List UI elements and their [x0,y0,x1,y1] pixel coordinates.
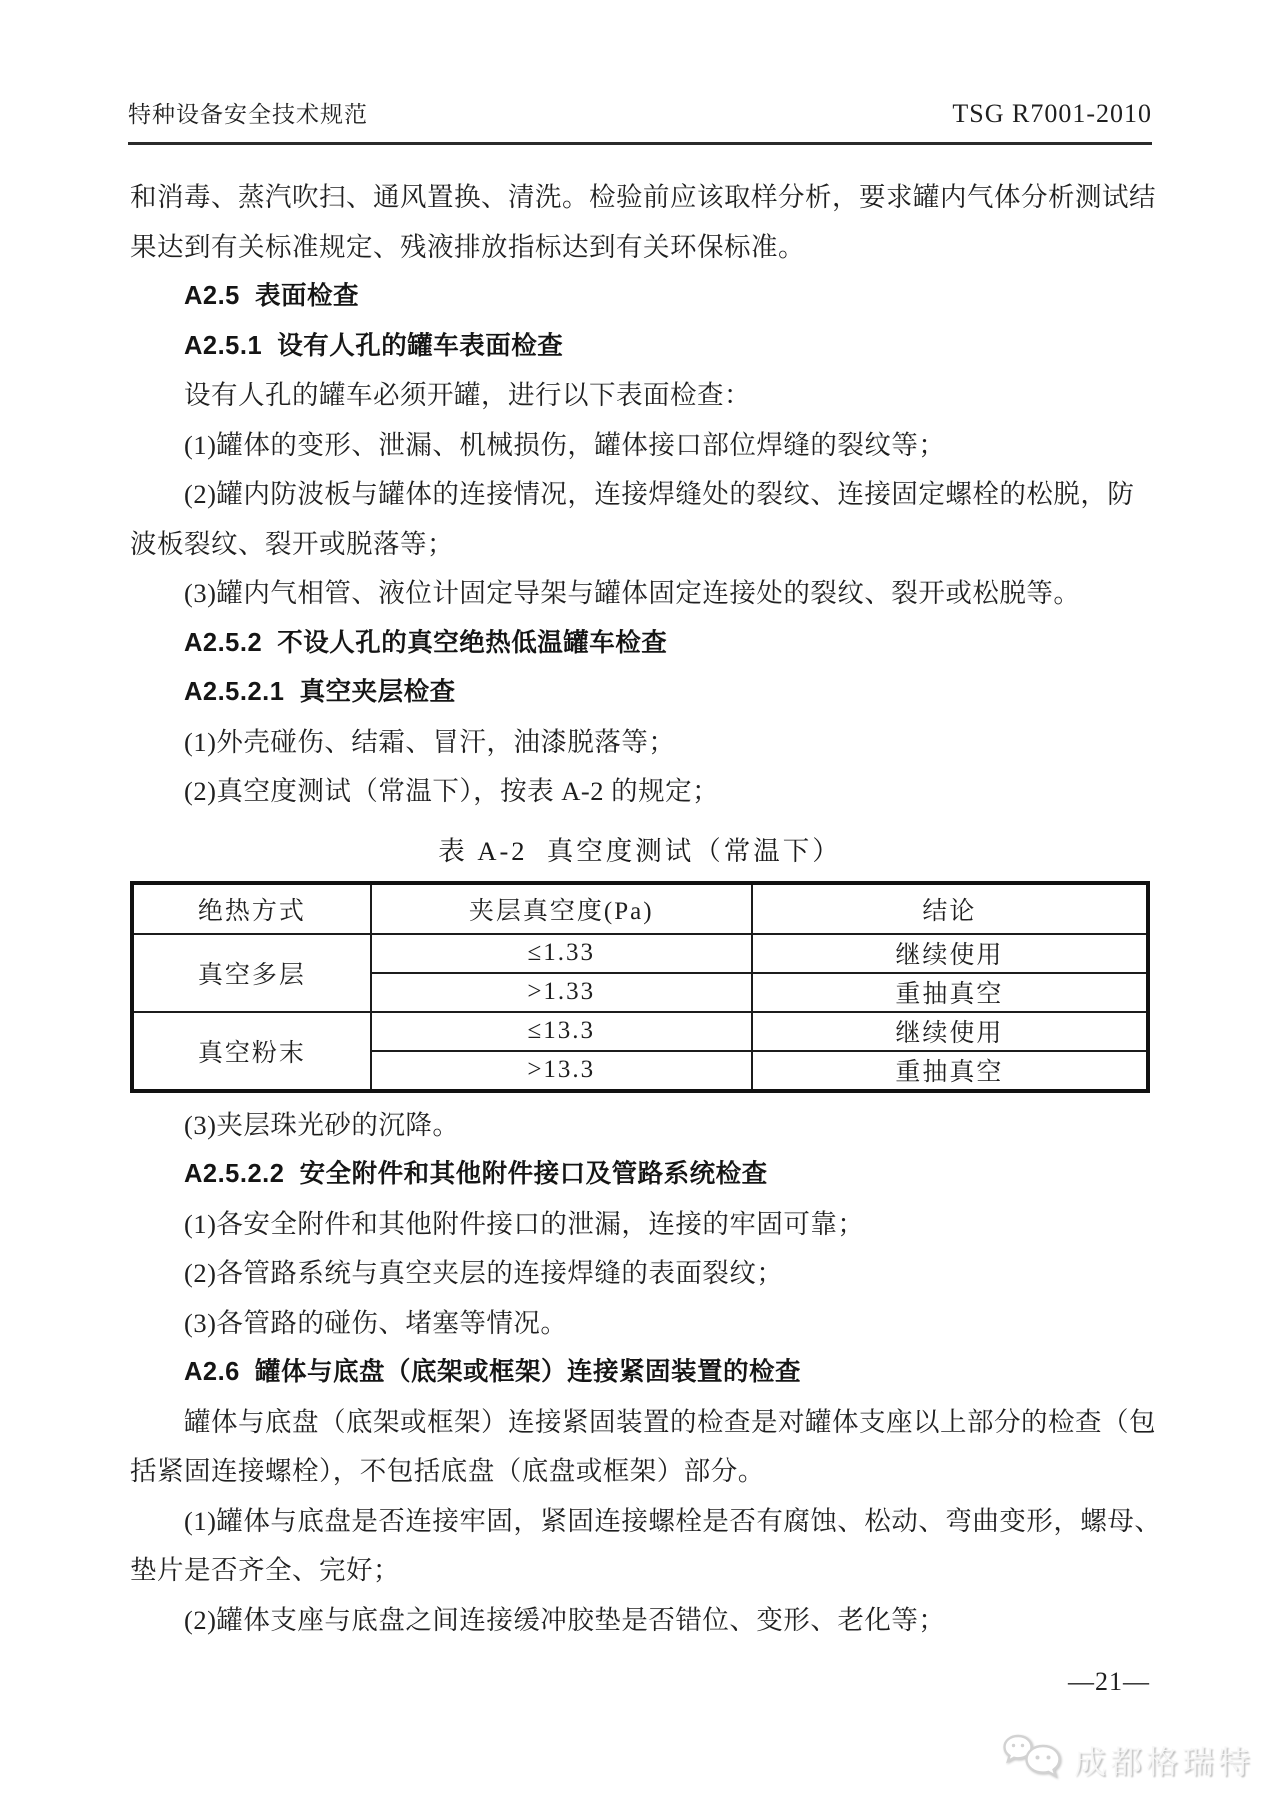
table-a2: 绝热方式 夹层真空度(Pa) 结论 真空多层 ≤1.33 继续使用 >1.33 … [130,881,1150,1093]
document-code: TSG R7001-2010 [952,99,1152,129]
section-heading-a2-6: A2.6 罐体与底盘（底架或框架）连接紧固装置的检查 [130,1348,1150,1398]
paragraph-line: 设有人孔的罐车必须开罐，进行以下表面检查： [130,371,1150,421]
list-item: (3)罐内气相管、液位计固定导架与罐体固定连接处的裂纹、裂开或松脱等。 [130,569,1150,619]
table-row: 真空多层 ≤1.33 继续使用 [132,934,1148,973]
paragraph-line: 果达到有关标准规定、残液排放指标达到有关环保标准。 [130,223,1150,273]
table-cell-conclusion: 继续使用 [752,934,1148,973]
document-body: 和消毒、蒸汽吹扫、通风置换、清洗。检验前应该取样分析，要求罐内气体分析测试结 果… [130,173,1150,1645]
list-item: (1)外壳碰伤、结霜、冒汗，油漆脱落等； [130,718,1150,768]
page-header: 特种设备安全技术规范 TSG R7001-2010 [128,96,1152,145]
table-cell-vacuum: >1.33 [371,973,752,1012]
table-header-cell: 绝热方式 [132,883,371,934]
list-item: (1)各安全附件和其他附件接口的泄漏，连接的牢固可靠； [130,1200,1150,1250]
list-item: (3)夹层珠光砂的沉降。 [130,1101,1150,1151]
page-footer: —21— [130,1667,1150,1697]
section-heading-a2-5-2-1: A2.5.2.1 真空夹层检查 [130,668,1150,718]
list-item: (2)罐内防波板与罐体的连接情况，连接焊缝处的裂纹、连接固定螺栓的松脱，防 [130,470,1150,520]
table-cell-vacuum: ≤13.3 [371,1012,752,1051]
table-cell-conclusion: 重抽真空 [752,973,1148,1012]
list-item: (3)各管路的碰伤、堵塞等情况。 [130,1299,1150,1349]
list-item: (1)罐体的变形、泄漏、机械损伤，罐体接口部位焊缝的裂纹等； [130,421,1150,471]
paragraph-line: 波板裂纹、裂开或脱落等； [130,520,1150,570]
watermark-brand: 成都格瑞特 [1074,1737,1254,1783]
table-header-row: 绝热方式 夹层真空度(Pa) 结论 [132,883,1148,934]
table-row: 真空粉末 ≤13.3 继续使用 [132,1012,1148,1051]
list-item: (1)罐体与底盘是否连接牢固，紧固连接螺栓是否有腐蚀、松动、弯曲变形，螺母、 [130,1497,1150,1547]
section-heading-a2-5: A2.5 表面检查 [130,272,1150,322]
table-cell-conclusion: 继续使用 [752,1012,1148,1051]
table-cell-method: 真空多层 [132,934,371,1012]
table-header-cell: 夹层真空度(Pa) [371,883,752,934]
list-item: (2)真空度测试（常温下），按表 A-2 的规定； [130,767,1150,817]
paragraph-line: 罐体与底盘（底架或框架）连接紧固装置的检查是对罐体支座以上部分的检查（包 [130,1398,1150,1448]
watermark: 成都格瑞特 [1002,1732,1254,1787]
table-cell-vacuum: ≤1.33 [371,934,752,973]
table-header-cell: 结论 [752,883,1148,934]
table-cell-conclusion: 重抽真空 [752,1051,1148,1091]
page-number: —21— [1068,1667,1150,1696]
table-a2-title: 表 A-2 真空度测试（常温下） [130,825,1150,877]
table-cell-method: 真空粉末 [132,1012,371,1091]
list-item: (2)各管路系统与真空夹层的连接焊缝的表面裂纹； [130,1249,1150,1299]
table-cell-vacuum: >13.3 [371,1051,752,1091]
paragraph-line: 垫片是否齐全、完好； [130,1546,1150,1596]
list-item: (2)罐体支座与底盘之间连接缓冲胶垫是否错位、变形、老化等； [130,1596,1150,1646]
document-title: 特种设备安全技术规范 [128,96,368,129]
section-heading-a2-5-2: A2.5.2 不设人孔的真空绝热低温罐车检查 [130,619,1150,669]
paragraph-line: 括紧固连接螺栓），不包括底盘（底盘或框架）部分。 [130,1447,1150,1497]
section-heading-a2-5-2-2: A2.5.2.2 安全附件和其他附件接口及管路系统检查 [130,1150,1150,1200]
wechat-chat-bubbles-icon [1002,1732,1064,1787]
paragraph-line: 和消毒、蒸汽吹扫、通风置换、清洗。检验前应该取样分析，要求罐内气体分析测试结 [130,173,1150,223]
section-heading-a2-5-1: A2.5.1 设有人孔的罐车表面检查 [130,322,1150,372]
